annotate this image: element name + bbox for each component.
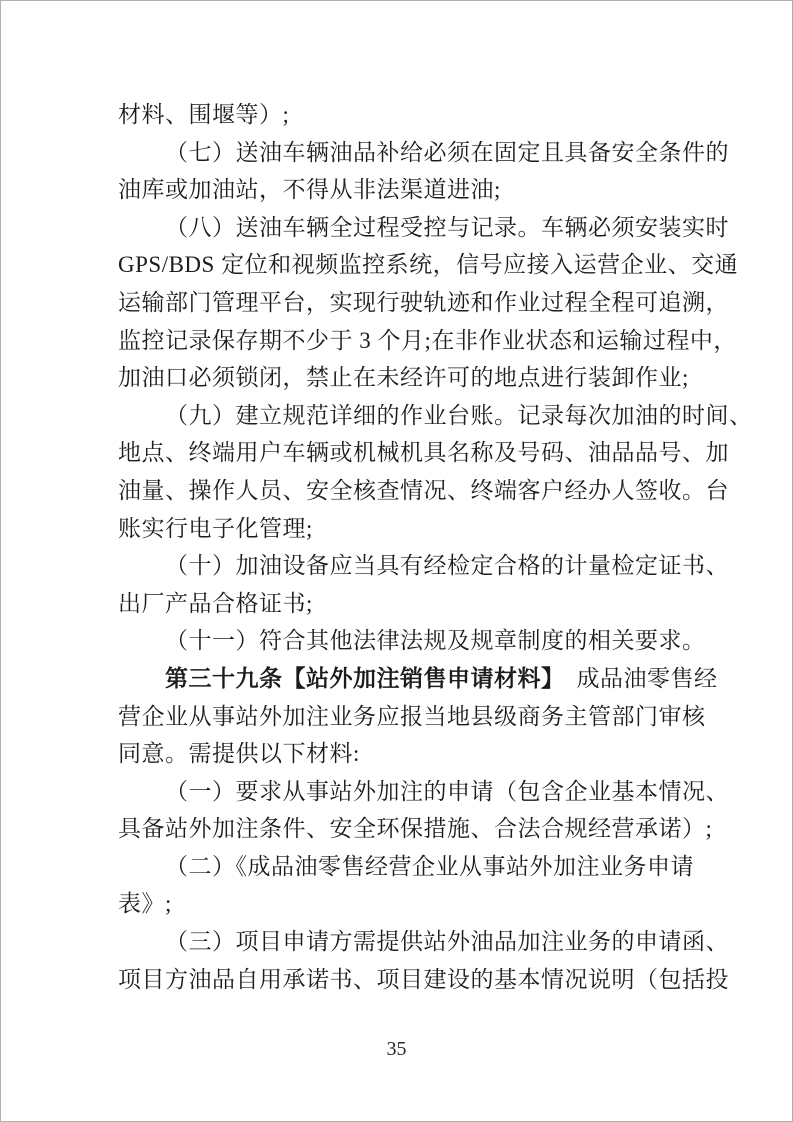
- text-line: 油量、操作人员、安全核查情况、终端客户经办人签收。台: [118, 472, 680, 510]
- text-line: 账实行电子化管理;: [118, 510, 680, 548]
- text-segment: （二）《成品油零售经营企业从事站外加注业务申请: [165, 854, 694, 879]
- text-line: （一）要求从事站外加注的申请（包含企业基本情况、: [118, 773, 680, 811]
- page-number: 35: [1, 1036, 792, 1062]
- text-line: （九）建立规范详细的作业台账。记录每次加油的时间、: [118, 397, 680, 435]
- text-segment: 加油口必须锁闭，禁止在未经许可的地点进行装卸作业;: [118, 365, 689, 390]
- text-segment: （十）加油设备应当具有经检定合格的计量检定证书、: [165, 553, 729, 578]
- text-segment: 材料、围堰等）;: [118, 102, 289, 127]
- text-segment: （三）项目申请方需提供站外油品加注业务的申请函、: [165, 929, 729, 954]
- text-segment: 具备站外加注条件、安全环保措施、合法合规经营承诺）;: [118, 816, 712, 841]
- text-line: 油库或加油站，不得从非法渠道进油;: [118, 171, 680, 209]
- text-line: 地点、终端用户车辆或机械机具名称及号码、油品品号、加: [118, 434, 680, 472]
- text-line: （七）送油车辆油品补给必须在固定且具备安全条件的: [118, 134, 680, 172]
- text-segment: 油库或加油站，不得从非法渠道进油;: [118, 177, 501, 202]
- text-segment: 监控记录保存期不少于 3 个月;在非作业状态和运输过程中，: [118, 328, 737, 353]
- text-line: （二）《成品油零售经营企业从事站外加注业务申请: [118, 848, 680, 886]
- text-segment: 账实行电子化管理;: [118, 516, 313, 541]
- text-segment: （八）送油车辆全过程受控与记录。车辆必须安装实时: [165, 215, 729, 240]
- text-segment: 营企业从事站外加注业务应报当地县级商务主管部门审核: [118, 704, 706, 729]
- text-segment: （七）送油车辆油品补给必须在固定且具备安全条件的: [165, 140, 729, 165]
- text-segment: 项目方油品自用承诺书、项目建设的基本情况说明（包括投: [118, 967, 729, 992]
- text-line: 材料、围堰等）;: [118, 96, 680, 134]
- clause-heading: 第三十九条【站外加注销售申请材料】: [165, 666, 553, 691]
- text-line: （八）送油车辆全过程受控与记录。车辆必须安装实时: [118, 209, 680, 247]
- text-segment: 成品油零售经: [553, 666, 718, 691]
- text-line: 项目方油品自用承诺书、项目建设的基本情况说明（包括投: [118, 961, 680, 999]
- text-line: 加油口必须锁闭，禁止在未经许可的地点进行装卸作业;: [118, 359, 680, 397]
- text-segment: GPS/BDS 定位和视频监控系统，信号应接入运营企业、交通: [118, 252, 738, 277]
- text-segment: 出厂产品合格证书;: [118, 591, 313, 616]
- text-line: 运输部门管理平台，实现行驶轨迹和作业过程全程可追溯，: [118, 284, 680, 322]
- text-segment: 地点、终端用户车辆或机械机具名称及号码、油品品号、加: [118, 440, 729, 465]
- text-line: 监控记录保存期不少于 3 个月;在非作业状态和运输过程中，: [118, 322, 680, 360]
- text-segment: （一）要求从事站外加注的申请（包含企业基本情况、: [165, 779, 729, 804]
- text-line: 营企业从事站外加注业务应报当地县级商务主管部门审核: [118, 698, 680, 736]
- text-line: GPS/BDS 定位和视频监控系统，信号应接入运营企业、交通: [118, 246, 680, 284]
- text-line: （十）加油设备应当具有经检定合格的计量检定证书、: [118, 547, 680, 585]
- text-line: 表》;: [118, 885, 680, 923]
- text-line: 具备站外加注条件、安全环保措施、合法合规经营承诺）;: [118, 810, 680, 848]
- text-line: （十一）符合其他法律法规及规章制度的相关要求。: [118, 622, 680, 660]
- text-line: 同意。需提供以下材料:: [118, 735, 680, 773]
- text-line: 出厂产品合格证书;: [118, 585, 680, 623]
- text-segment: 运输部门管理平台，实现行驶轨迹和作业过程全程可追溯，: [118, 290, 729, 315]
- text-line: （三）项目申请方需提供站外油品加注业务的申请函、: [118, 923, 680, 961]
- document-body: 材料、围堰等）;（七）送油车辆油品补给必须在固定且具备安全条件的油库或加油站，不…: [118, 96, 680, 998]
- text-segment: （九）建立规范详细的作业台账。记录每次加油的时间、: [165, 403, 753, 428]
- text-segment: 表》;: [118, 891, 172, 916]
- document-page: 材料、围堰等）;（七）送油车辆油品补给必须在固定且具备安全条件的油库或加油站，不…: [0, 0, 793, 1122]
- text-segment: 同意。需提供以下材料:: [118, 741, 360, 766]
- text-segment: 油量、操作人员、安全核查情况、终端客户经办人签收。台: [118, 478, 729, 503]
- text-line: 第三十九条【站外加注销售申请材料】 成品油零售经: [118, 660, 680, 698]
- text-segment: （十一）符合其他法律法规及规章制度的相关要求。: [165, 628, 706, 653]
